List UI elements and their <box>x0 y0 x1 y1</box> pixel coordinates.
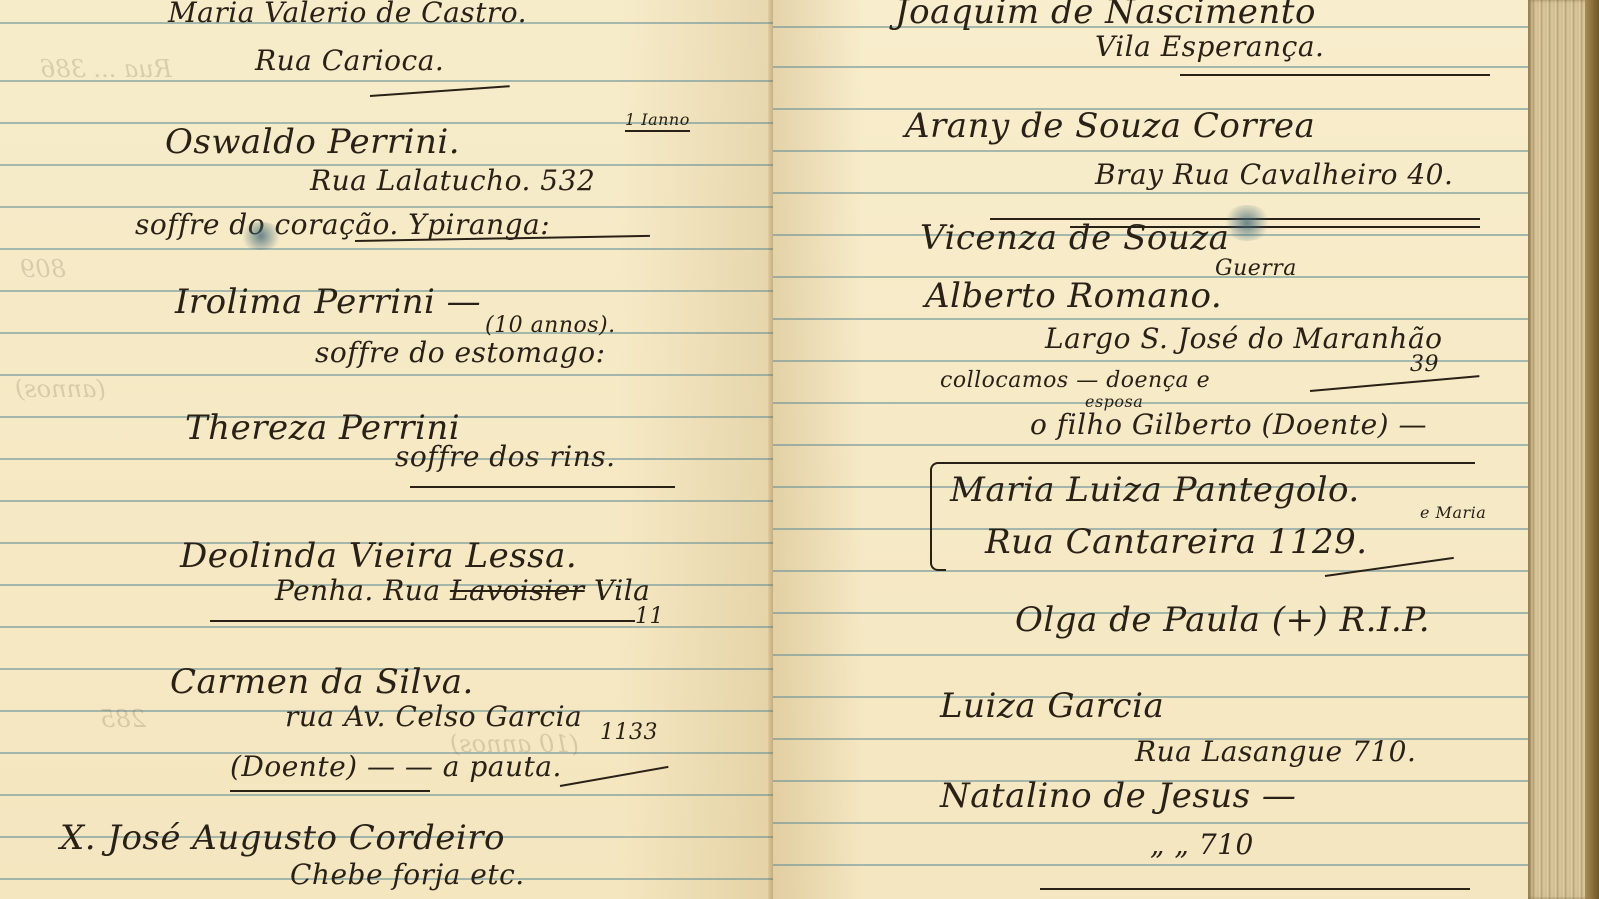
address-part: Penha. Rua <box>275 574 441 607</box>
entry-address: „ „ 710 <box>1150 828 1254 861</box>
rule-line <box>773 318 1528 320</box>
entry-name: Carmen da Silva. <box>170 662 474 702</box>
rule-line <box>0 332 773 334</box>
entry-note: soffre do coração. Ypiranga: <box>135 208 550 241</box>
divider-stroke <box>940 462 1475 464</box>
rule-line <box>773 654 1528 656</box>
rule-line <box>773 150 1528 152</box>
entry-name-superscript: e Maria <box>1420 503 1486 522</box>
bracket-mark <box>930 462 946 571</box>
underline-stroke <box>210 620 635 622</box>
entry-name: Oswaldo Perrini. <box>165 122 460 162</box>
flourish-stroke <box>370 85 510 97</box>
entry-name: Alberto Romano. <box>925 276 1222 316</box>
entry-name: Luiza Garcia <box>940 686 1164 726</box>
entry-note: soffre dos rins. <box>395 440 616 473</box>
entry-name: Deolinda Vieira Lessa. <box>180 536 577 576</box>
entry-address: Penha. Rua Lavoisier Vila <box>275 574 650 607</box>
entry-name: Natalino de Jesus — <box>940 776 1296 816</box>
underline-stroke <box>1040 888 1470 890</box>
entry-note: Chebe forja etc. <box>290 858 525 891</box>
entry-name: Olga de Paula (+) R.I.P. <box>1015 600 1430 640</box>
rule-line <box>0 248 773 250</box>
underline-stroke <box>410 486 675 488</box>
entry-address: rua Av. Celso Garcia <box>285 700 582 733</box>
ink-blot <box>238 222 284 250</box>
bleed-through-text: (annos) <box>15 375 106 403</box>
rule-line <box>0 374 773 376</box>
rule-line <box>773 444 1528 446</box>
entry-name: Arany de Souza Correa <box>905 106 1315 146</box>
underline-stroke <box>560 766 669 787</box>
entry-note: collocamos — doença e <box>940 368 1210 393</box>
entry-number: 39 <box>1410 352 1439 377</box>
entry-address: Rua Lalatucho. 532 <box>310 164 595 197</box>
rule-line <box>0 794 773 796</box>
entry-name: Vicenza de Souza <box>920 218 1229 258</box>
rule-line <box>773 66 1528 68</box>
left-page: Rua ... 386 809 (annos) 285 (10 annos) M… <box>0 0 773 899</box>
address-part: Vila <box>594 574 650 607</box>
bleed-through-text: Rua ... 386 <box>40 55 172 83</box>
notebook-spread: Rua ... 386 809 (annos) 285 (10 annos) M… <box>0 0 1599 899</box>
rule-line <box>773 822 1528 824</box>
rule-line <box>773 192 1528 194</box>
entry-name: Irolima Perrini — <box>175 282 481 322</box>
underline-stroke <box>1180 74 1490 76</box>
entry-name: X. José Augusto Cordeiro <box>60 818 505 858</box>
entry-address: Rua Carioca. <box>255 44 444 77</box>
entry-address: Bray Rua Cavalheiro 40. <box>1095 158 1453 191</box>
page-edges <box>1528 0 1599 899</box>
entry-extra: Guerra <box>1215 256 1297 281</box>
bleed-through-text: 809 <box>20 255 66 283</box>
entry-name: Maria Valerio de Castro. <box>168 0 527 29</box>
entry-number: 1133 <box>600 720 658 745</box>
entry-note: soffre do estomago: <box>315 336 606 369</box>
entry-name: Joaquim de Nascimento <box>895 0 1316 32</box>
rule-line <box>773 570 1528 572</box>
entry-number: 11 <box>635 604 664 629</box>
entry-note: o filho Gilberto (Doente) — <box>1030 408 1427 441</box>
rule-line <box>0 500 773 502</box>
entry-address: Rua Lasangue 710. <box>1135 735 1416 768</box>
entry-name: Maria Luiza Pantegolo. <box>950 470 1360 510</box>
rule-line <box>773 402 1528 404</box>
rule-line <box>0 458 773 460</box>
rule-line <box>773 864 1528 866</box>
entry-note: (Doente) — — a pauta. <box>230 750 562 783</box>
bleed-through-text: 285 <box>100 705 146 733</box>
ink-blot <box>1222 205 1272 241</box>
entry-address: Rua Cantareira 1129. <box>985 522 1368 562</box>
struck-word: Lavoisier <box>450 574 585 607</box>
entry-address: Vila Esperança. <box>1095 30 1324 63</box>
underline-stroke <box>230 790 430 792</box>
entry-address: Largo S. José do Maranhão <box>1045 322 1443 355</box>
entry-age-note: (10 annos). <box>485 313 616 338</box>
entry-age-note: 1 Ianno <box>625 110 690 132</box>
